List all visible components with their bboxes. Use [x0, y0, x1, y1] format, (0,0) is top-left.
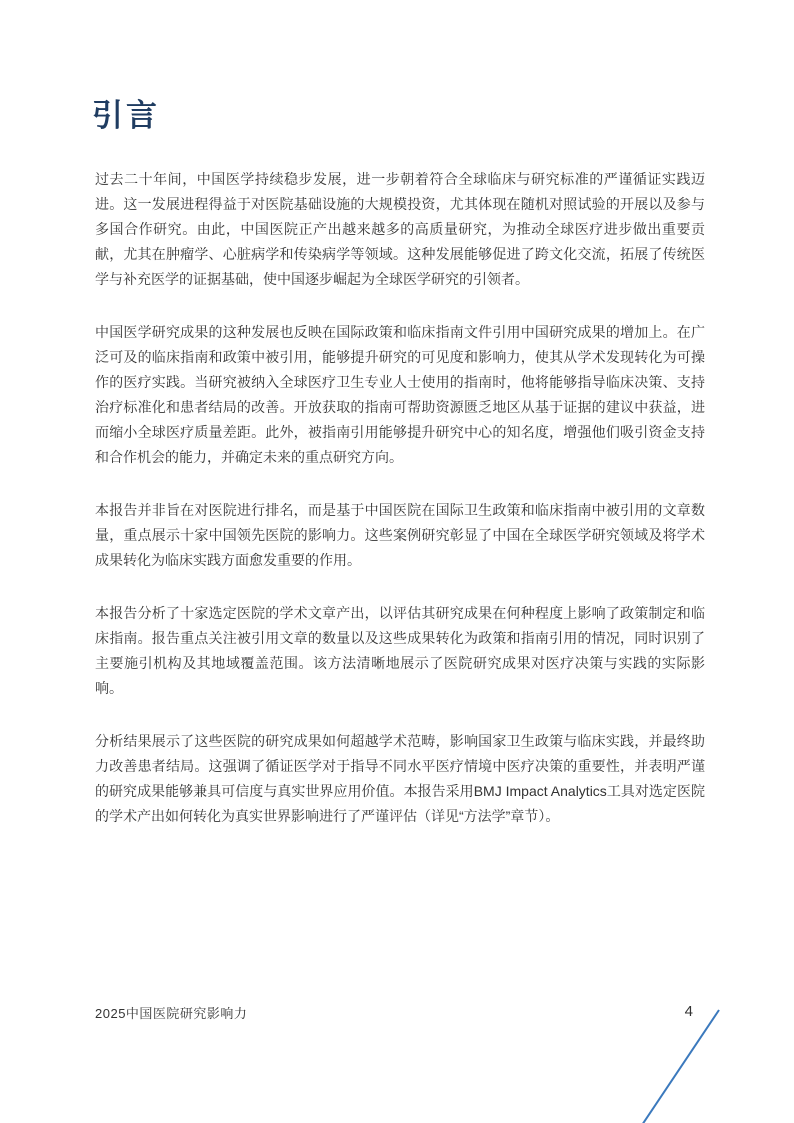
intro-paragraph-2: 中国医学研究成果的这种发展也反映在国际政策和临床指南文件引用中国研究成果的增加上… — [95, 320, 705, 470]
intro-paragraph-4: 本报告分析了十家选定医院的学术文章产出，以评估其研究成果在何种程度上影响了政策制… — [95, 601, 705, 701]
body-content: 过去二十年间，中国医学持续稳步发展，进一步朝着符合全球临床与研究标准的严谨循证实… — [95, 167, 705, 857]
intro-paragraph-5: 分析结果展示了这些医院的研究成果如何超越学术范畴，影响国家卫生政策与临床实践，并… — [95, 729, 705, 829]
intro-paragraph-3: 本报告并非旨在对医院进行排名，而是基于中国医院在国际卫生政策和临床指南中被引用的… — [95, 498, 705, 573]
footer-report-title: 2025中国医院研究影响力 — [95, 1003, 247, 1022]
document-page: 引言 过去二十年间，中国医学持续稳步发展，进一步朝着符合全球临床与研究标准的严谨… — [0, 0, 794, 1123]
intro-paragraph-1: 过去二十年间，中国医学持续稳步发展，进一步朝着符合全球临床与研究标准的严谨循证实… — [95, 167, 705, 292]
page-number: 4 — [685, 1003, 693, 1020]
page-title: 引言 — [92, 90, 160, 135]
page-footer: 2025中国医院研究影响力 4 — [95, 1003, 699, 1022]
diagonal-accent-line-stroke — [640, 1010, 719, 1123]
